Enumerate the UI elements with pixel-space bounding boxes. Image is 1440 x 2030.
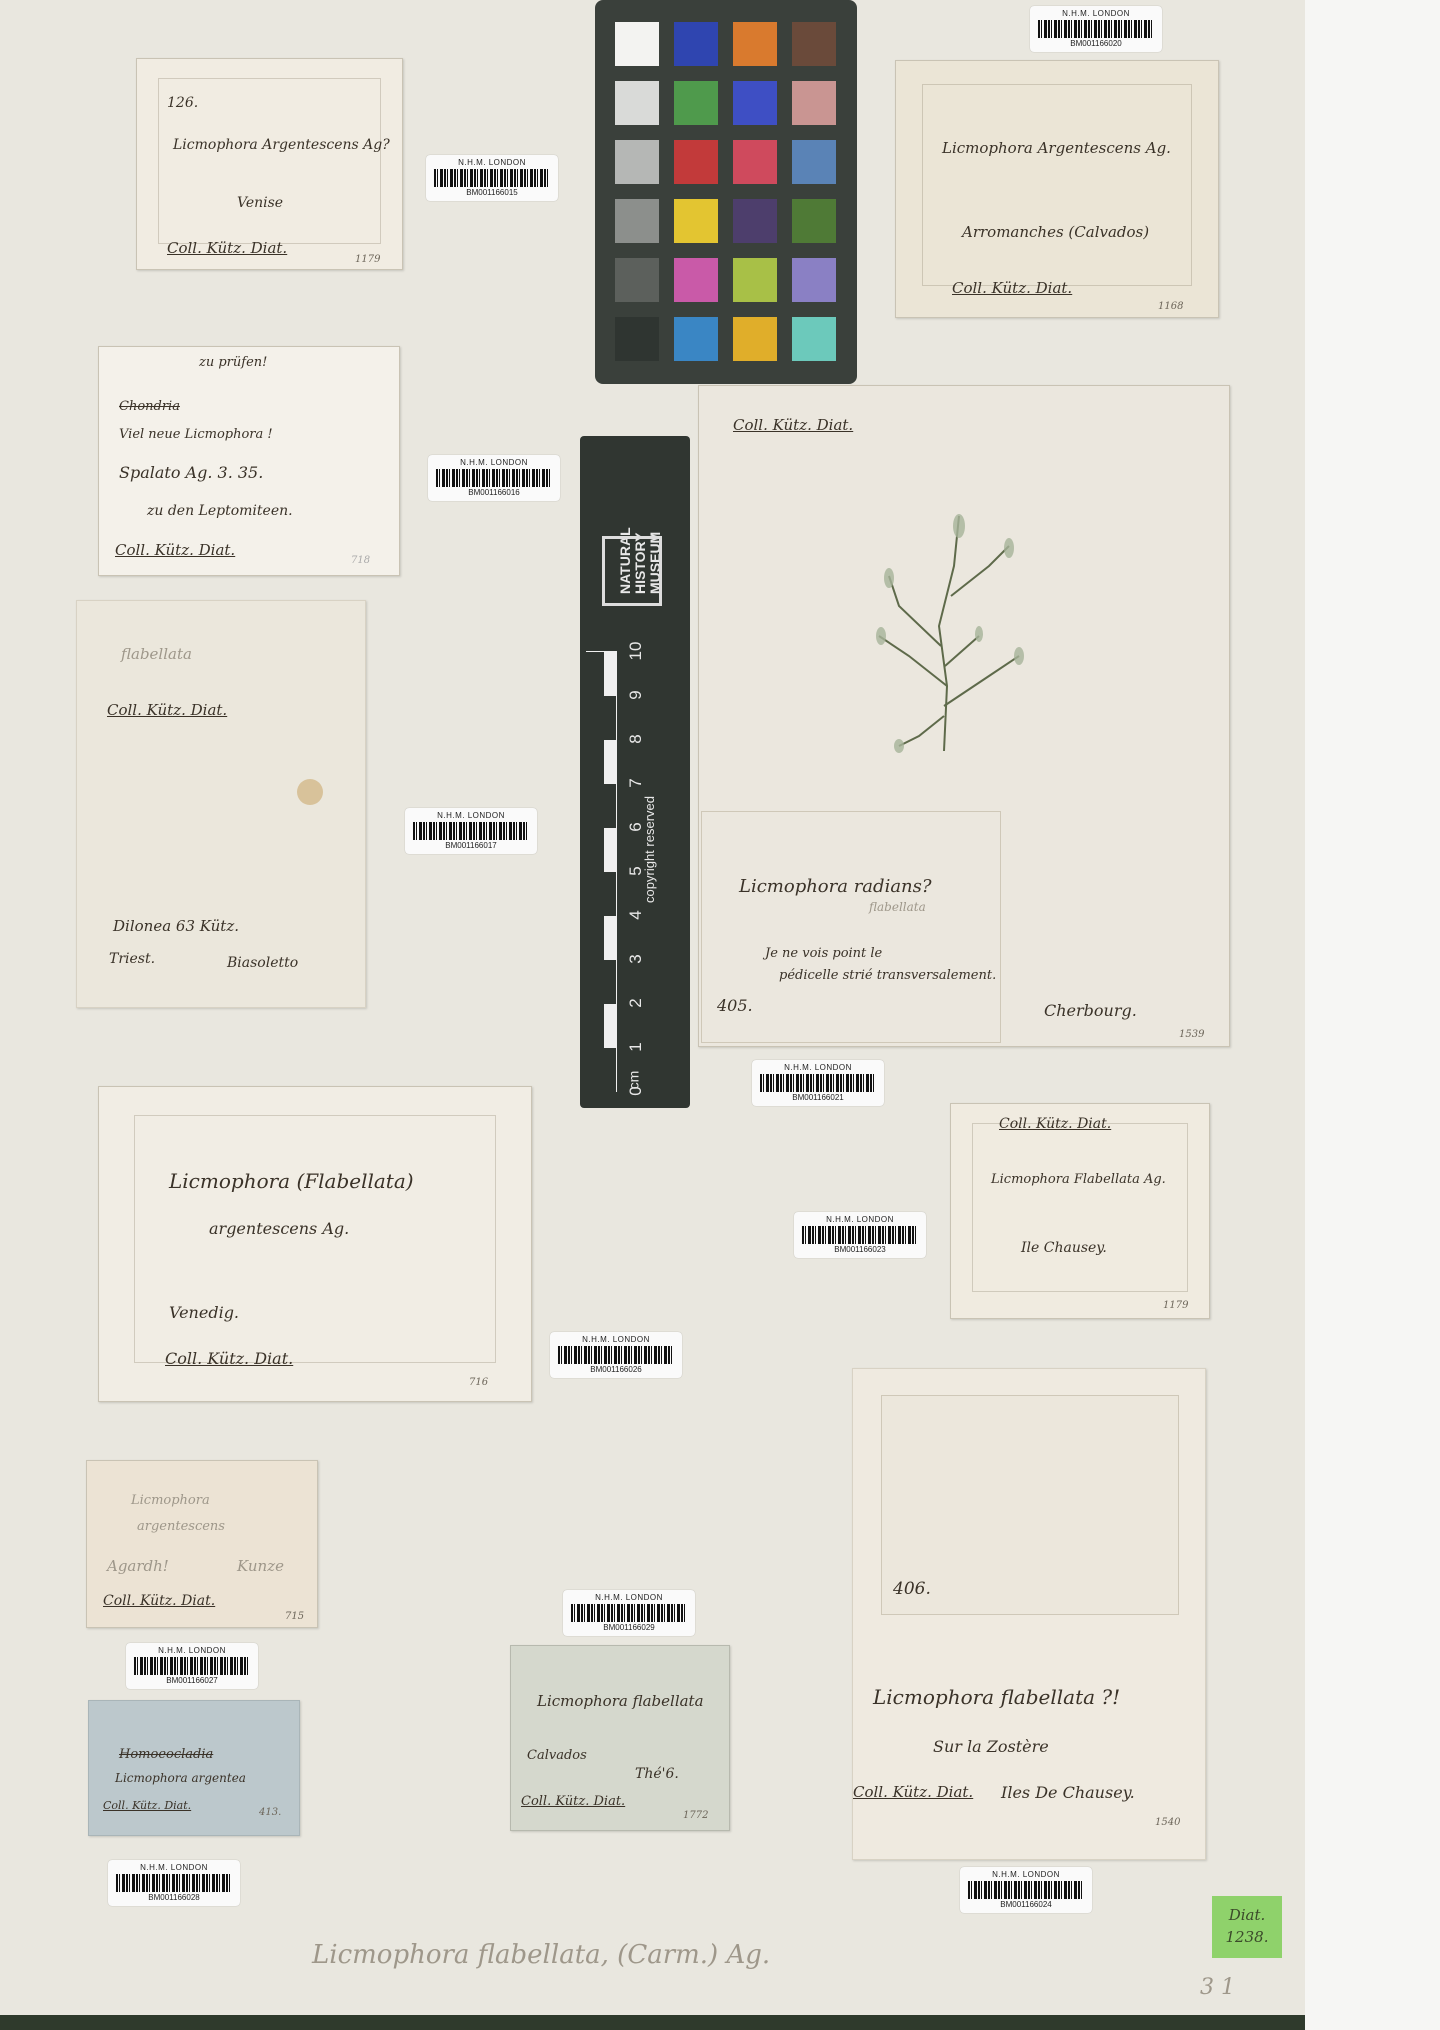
- algae-specimen: [859, 506, 1029, 756]
- struck-name: Chondria: [119, 399, 180, 414]
- color-swatch: [792, 199, 836, 243]
- note-line: Viel neue Licmophora !: [119, 427, 273, 442]
- barcode-label: N.H.M. LONDONBM001166021: [752, 1060, 884, 1106]
- color-swatch: [792, 22, 836, 66]
- barcode-label: N.H.M. LONDONBM001166020: [1030, 6, 1162, 52]
- color-swatch: [674, 199, 718, 243]
- color-swatch: [615, 140, 659, 184]
- taxon-epithet: argentescens Ag.: [209, 1219, 349, 1238]
- sheet-bottom-edge: [0, 2015, 1305, 2030]
- ruler-segment: [586, 739, 617, 784]
- note: zu prüfen!: [199, 355, 267, 370]
- collection-label: Coll. Kütz. Diat.: [167, 239, 287, 257]
- faint-annotation: flabellata: [121, 645, 192, 663]
- ruler-tick-label: 0: [626, 1079, 646, 1103]
- barcode-bars: [1038, 20, 1154, 38]
- specimen-packet: Licmophora Argentescens Ag. Arromanches …: [895, 60, 1219, 318]
- specimen-packet: zu prüfen! Chondria Viel neue Licmophora…: [98, 346, 400, 576]
- nhm-n-logo-icon: [602, 536, 662, 606]
- copyright-text: copyright reserved: [642, 796, 657, 903]
- taxon-name: Licmophora flabellata: [537, 1692, 704, 1710]
- taxon-name: Licmophora Argentescens Ag?: [173, 137, 390, 153]
- ruler-segment: [586, 871, 617, 916]
- note-line: Dilonea 63 Kütz.: [113, 917, 239, 935]
- collection-label: Coll. Kütz. Diat.: [733, 416, 853, 434]
- color-swatch: [792, 81, 836, 125]
- taxon-name: Licmophora argentea: [115, 1771, 246, 1785]
- ruler-segment: [586, 1003, 617, 1048]
- collection-label: Coll. Kütz. Diat.: [115, 541, 235, 559]
- color-swatch: [792, 317, 836, 361]
- specimen-packet-grey: Licmophora flabellata Calvados Thé'6. Co…: [510, 1645, 730, 1831]
- reference-number: 716: [469, 1377, 488, 1388]
- locality: Venise: [237, 195, 283, 211]
- locality: Calvados: [527, 1748, 587, 1763]
- collector: Biasoletto: [227, 955, 298, 971]
- background-margin: [1305, 0, 1440, 2030]
- stain: [297, 779, 323, 805]
- faint-annotation: flabellata: [869, 900, 926, 914]
- color-swatch: [615, 22, 659, 66]
- barcode-label: N.H.M. LONDONBM001166026: [550, 1332, 682, 1378]
- ruler-tick-label: 10: [626, 639, 646, 663]
- barcode-bars: [571, 1604, 687, 1622]
- locality: Cherbourg.: [1044, 1001, 1137, 1020]
- faint-annotation: argentescens: [137, 1519, 225, 1534]
- ruler-tick-label: 9: [626, 683, 646, 707]
- note-line: pédicelle strié transversalement.: [779, 968, 996, 983]
- note: Thé'6.: [635, 1766, 679, 1782]
- faint-annotation: Kunze: [237, 1557, 284, 1575]
- barcode-label: N.H.M. LONDONBM001166015: [426, 155, 558, 201]
- locality: Arromanches (Calvados): [962, 223, 1149, 241]
- ruler-segment: [586, 959, 617, 1004]
- color-swatch: [792, 140, 836, 184]
- substrate-note: Sur la Zostère: [933, 1737, 1049, 1756]
- ruler-segment: [586, 915, 617, 960]
- specimen-packet: Licmophora argentescens Agardh! Kunze Co…: [86, 1460, 318, 1628]
- color-swatch: [674, 81, 718, 125]
- locality: Spalato Ag. 3. 35.: [119, 463, 263, 482]
- reference-number: 718: [351, 555, 370, 566]
- barcode-label: N.H.M. LONDONBM001166017: [405, 808, 537, 854]
- barcode-label: N.H.M. LONDONBM001166016: [428, 455, 560, 501]
- faint-annotation: Agardh!: [107, 1557, 169, 1575]
- specimen-packet: Coll. Kütz. Diat. Licmophora Flabellata …: [950, 1103, 1210, 1319]
- ruler-tick-label: 3: [626, 947, 646, 971]
- ruler-segment: [586, 695, 617, 740]
- struck-name: Homoeocladia: [119, 1747, 213, 1762]
- specimen-packet-large: Coll. Kütz. Diat. Licmophora radians? fl…: [698, 385, 1230, 1047]
- collection-label: Coll. Kütz. Diat.: [853, 1783, 973, 1801]
- color-swatch: [674, 258, 718, 302]
- color-swatch: [615, 199, 659, 243]
- color-swatch: [733, 199, 777, 243]
- color-calibration-card: [595, 0, 857, 384]
- color-swatch: [733, 81, 777, 125]
- reference-number: 1772: [683, 1810, 708, 1821]
- taxon-name: Licmophora Argentescens Ag.: [942, 139, 1171, 157]
- ruler-tick-label: 6: [626, 815, 646, 839]
- barcode-bars: [134, 1657, 250, 1675]
- barcode-bars: [436, 469, 552, 487]
- packet-number: 406.: [893, 1579, 931, 1599]
- packet-number: 126.: [167, 95, 198, 111]
- faint-annotation: Licmophora: [131, 1493, 210, 1508]
- collection-label: Coll. Kütz. Diat.: [107, 701, 227, 719]
- ruler-tick-label: 5: [626, 859, 646, 883]
- locality: Ile Chausey.: [1021, 1240, 1107, 1256]
- note-line: Je ne vois point le: [765, 946, 882, 961]
- reference-number: 413.: [259, 1807, 281, 1818]
- reference-number: 1168: [1158, 301, 1183, 312]
- color-swatch: [674, 140, 718, 184]
- color-swatch: [733, 258, 777, 302]
- barcode-label: N.H.M. LONDONBM001166024: [960, 1867, 1092, 1913]
- collection-label: Coll. Kütz. Diat.: [103, 1799, 191, 1812]
- color-swatch: [674, 317, 718, 361]
- taxon-name: Licmophora flabellata ?!: [873, 1685, 1120, 1709]
- color-swatch: [792, 258, 836, 302]
- color-swatch: [615, 317, 659, 361]
- barcode-bars: [413, 822, 529, 840]
- specimen-packet-blue: Homoeocladia Licmophora argentea Coll. K…: [88, 1700, 300, 1836]
- barcode-bars: [116, 1874, 232, 1892]
- barcode-label: N.H.M. LONDONBM001166023: [794, 1212, 926, 1258]
- reference-number: 1540: [1155, 1817, 1180, 1828]
- ruler-segment: [586, 1047, 617, 1092]
- barcode-label: N.H.M. LONDONBM001166027: [126, 1643, 258, 1689]
- barcode-label: N.H.M. LONDONBM001166028: [108, 1860, 240, 1906]
- packet-number: 405.: [717, 996, 753, 1015]
- barcode-bars: [802, 1226, 918, 1244]
- collection-label: Coll. Kütz. Diat.: [952, 279, 1072, 297]
- color-swatch: [733, 22, 777, 66]
- collection-label: Coll. Kütz. Diat.: [521, 1794, 625, 1809]
- collection-label: Coll. Kütz. Diat.: [103, 1593, 215, 1609]
- collection-label: Coll. Kütz. Diat.: [165, 1349, 293, 1368]
- reference-number: 1179: [355, 254, 380, 265]
- specimen-packet-large: 406. Licmophora flabellata ?! Sur la Zos…: [852, 1368, 1206, 1860]
- specimen-packet: 126. Licmophora Argentescens Ag? Venise …: [136, 58, 403, 270]
- color-swatch: [674, 22, 718, 66]
- taxon-name: Licmophora Flabellata Ag.: [991, 1172, 1166, 1187]
- ruler-tick-label: 2: [626, 991, 646, 1015]
- scale-ruler: NATURALHISTORYMUSEUM copyright reserved …: [580, 436, 690, 1108]
- specimen-packet: flabellata Coll. Kütz. Diat. Dilonea 63 …: [76, 600, 366, 1008]
- barcode-bars: [558, 1346, 674, 1364]
- ruler-tick-label: 7: [626, 771, 646, 795]
- specimen-packet: Licmophora (Flabellata) argentescens Ag.…: [98, 1086, 532, 1402]
- collection-label: Coll. Kütz. Diat.: [999, 1116, 1111, 1132]
- barcode-bars: [968, 1881, 1084, 1899]
- taxon-name: Licmophora radians?: [739, 876, 932, 897]
- reference-number: 1539: [1179, 1029, 1204, 1040]
- note-line: zu den Leptomiteen.: [147, 503, 293, 519]
- ruler-segment: [586, 651, 617, 696]
- color-swatch: [733, 140, 777, 184]
- locality: Venedig.: [169, 1303, 239, 1322]
- color-swatch: [615, 258, 659, 302]
- taxon-name: Licmophora (Flabellata): [169, 1169, 414, 1193]
- reference-number: 715: [285, 1611, 304, 1622]
- color-swatch: [615, 81, 659, 125]
- barcode-bars: [760, 1074, 876, 1092]
- diat-number-tag: Diat. 1238.: [1212, 1896, 1282, 1958]
- ruler-segment: [586, 783, 617, 828]
- ruler-segment: [586, 827, 617, 872]
- color-swatch: [733, 317, 777, 361]
- sheet-determination: Licmophora flabellata, (Carm.) Ag.: [312, 1940, 770, 1970]
- ruler-tick-label: 4: [626, 903, 646, 927]
- ruler-tick-label: 1: [626, 1035, 646, 1059]
- barcode-bars: [434, 169, 550, 187]
- locality: Iles De Chausey.: [1001, 1783, 1135, 1802]
- reference-number: 1179: [1163, 1300, 1188, 1311]
- locality: Triest.: [109, 951, 155, 967]
- corner-mark: 3 1: [1200, 1975, 1235, 2000]
- barcode-label: N.H.M. LONDONBM001166029: [563, 1590, 695, 1636]
- ruler-tick-label: 8: [626, 727, 646, 751]
- ruler-scale: [586, 636, 616, 1091]
